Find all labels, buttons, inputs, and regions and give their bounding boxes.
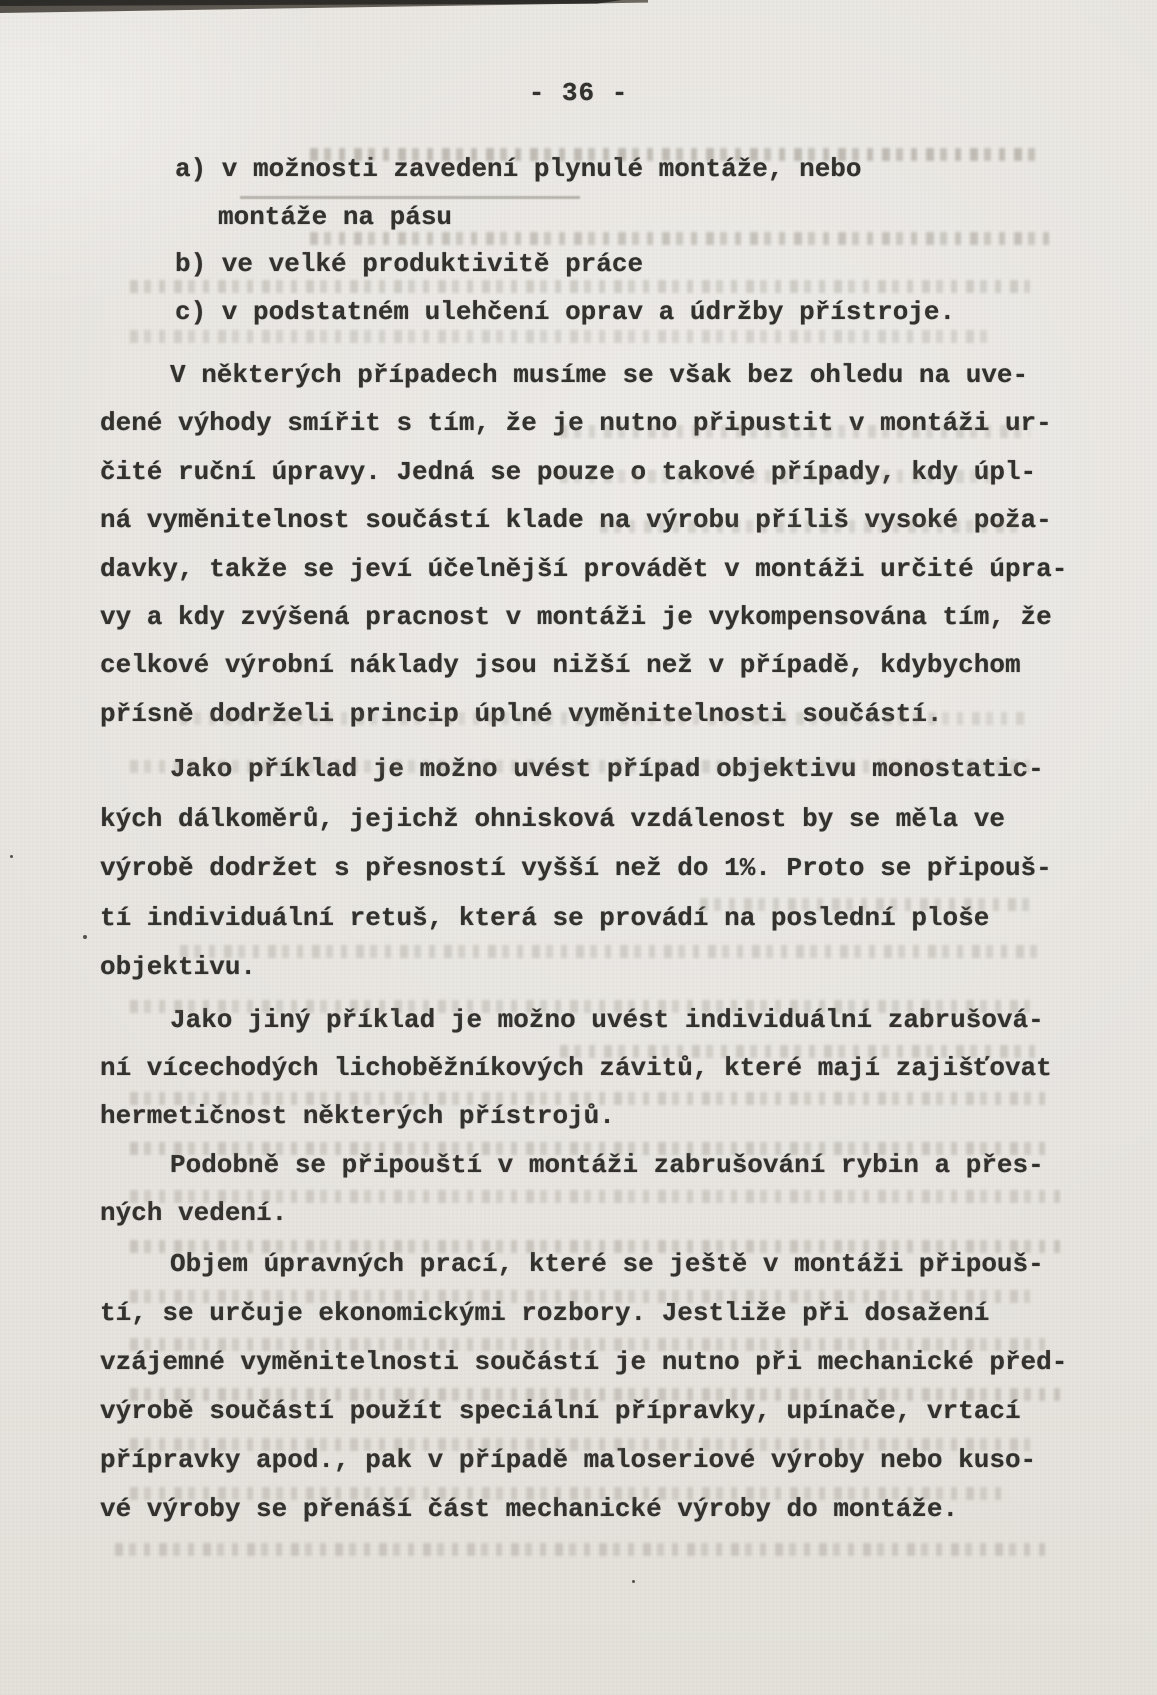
text-line: hermetičnost některých přístrojů. [100,1092,1052,1140]
text-line: tí individuální retuš, která se provádí … [100,894,1052,944]
text-line: ní vícechodých lichoběžníkových závitů, … [100,1044,1052,1092]
text-line: přípravky apod., pak v případě maloserio… [100,1436,1067,1485]
text-line: ných vedení. [100,1189,1044,1237]
ink-speck [10,855,13,858]
paragraph-5: Objem úpravných prací, které se ještě v … [100,1240,1067,1534]
text-line: V některých případech musíme se však bez… [100,351,1067,399]
text-line: vy a kdy zvýšená pracnost v montáži je v… [100,593,1067,641]
ink-speck [632,1580,635,1583]
text-line: Jako jiný příklad je možno uvést individ… [100,996,1052,1044]
text-line: ná vyměnitelnost součástí klade na výrob… [100,496,1067,544]
text-line: objektivu. [100,943,1052,993]
paragraph-3: Jako jiný příklad je možno uvést individ… [100,996,1052,1140]
text-line: kých dálkoměrů, jejichž ohnisková vzdále… [100,795,1052,845]
bleedthrough-smudge [115,1543,1045,1556]
text-line: davky, takže se jeví účelnější provádět … [100,545,1067,593]
ink-speck [83,935,87,939]
list-item-c: c) v podstatném ulehčení oprav a údržby … [175,289,955,337]
text-line: dené výhody smířit s tím, že je nutno př… [100,399,1067,447]
text-line: čité ruční úpravy. Jedná se pouze o tako… [100,448,1067,496]
list-item-b: b) ve velké produktivitě práce [175,241,955,289]
scanned-page: - 36 - a) v možnosti zavedení plynulé mo… [0,0,1157,1695]
paragraph-2: Jako příklad je možno uvést případ objek… [100,745,1052,993]
text-line: celkové výrobní náklady jsou nižší než v… [100,641,1067,689]
text-line: tí, se určuje ekonomickými rozbory. Jest… [100,1289,1067,1338]
text-line: Jako příklad je možno uvést případ objek… [100,745,1052,795]
text-line: vzájemné vyměnitelnosti součástí je nutn… [100,1338,1067,1387]
page-number: - 36 - [0,78,1157,108]
paragraph-1: V některých případech musíme se však bez… [100,351,1067,738]
text-line: Podobně se připouští v montáži zabrušová… [100,1141,1044,1189]
text-line: výrobě dodržet s přesností vyšší než do … [100,844,1052,894]
list-item-a-line-2: montáže na pásu [218,194,955,242]
paragraph-4: Podobně se připouští v montáži zabrušová… [100,1141,1044,1237]
text-line: vé výroby se přenáší část mechanické výr… [100,1485,1067,1534]
text-line: Objem úpravných prací, které se ještě v … [100,1240,1067,1289]
text-line: přísně dodrželi princip úplné vyměniteln… [100,690,1067,738]
text-line: výrobě součástí použít speciální příprav… [100,1387,1067,1436]
lettered-list: a) v možnosti zavedení plynulé montáže, … [175,146,955,336]
list-item-a-line-1: a) v možnosti zavedení plynulé montáže, … [175,146,955,194]
